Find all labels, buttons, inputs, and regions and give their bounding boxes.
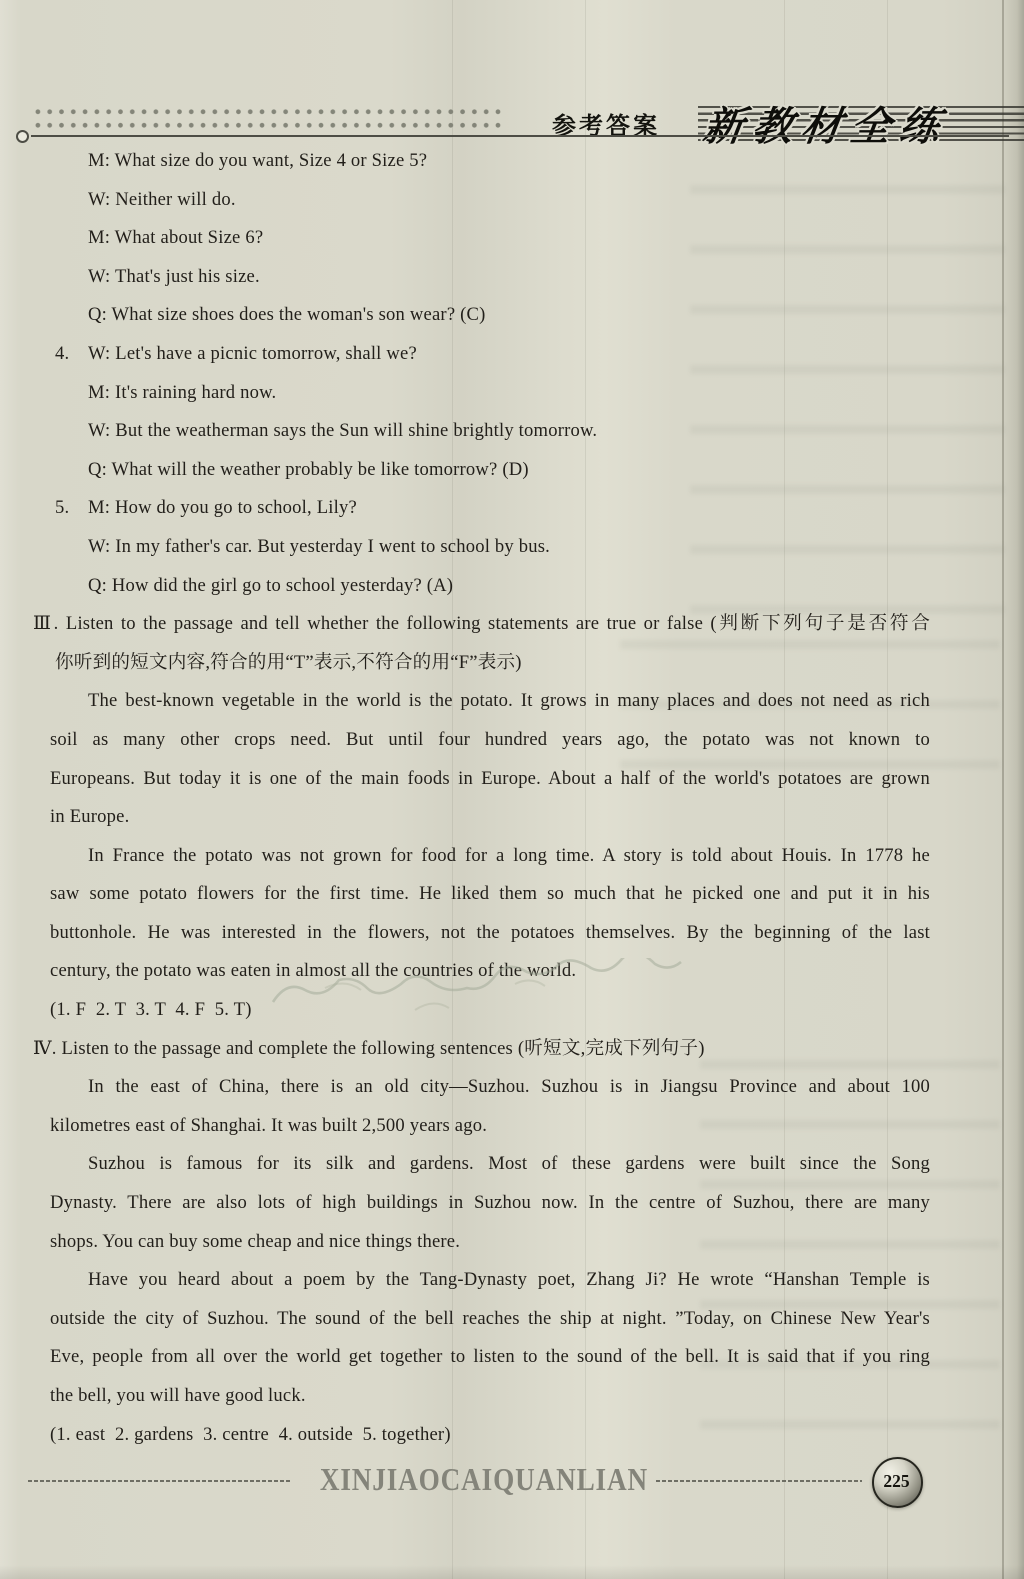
question-number: 5.	[55, 489, 88, 528]
dialog-line: W: That's just his size.	[30, 258, 930, 297]
passage-line: Suzhou is famous for its silk and garden…	[30, 1145, 930, 1184]
dialog-line: W: In my father's car. But yesterday I w…	[30, 528, 930, 567]
passage-line: Europeans. But today it is one of the ma…	[30, 760, 930, 799]
page-number: 225	[883, 1471, 909, 1492]
passage-line: in Europe.	[30, 798, 930, 837]
passage-line: The best-known vegetable in the world is…	[30, 682, 930, 721]
footer-rule-left	[28, 1480, 290, 1482]
dialog-line: W: But the weatherman says the Sun will …	[30, 412, 930, 451]
dialog-line: M: What about Size 6?	[30, 219, 930, 258]
passage-line: outside the city of Suzhou. The sound of…	[30, 1300, 930, 1339]
section4-heading: Ⅳ. Listen to the passage and complete th…	[30, 1030, 930, 1069]
dialog-line: M: It's raining hard now.	[30, 374, 930, 413]
passage-line: Eve, people from all over the world get …	[30, 1338, 930, 1377]
passage-line: buttonhole. He was interested in the flo…	[30, 914, 930, 953]
page-edge-line	[1002, 0, 1004, 1579]
section3-heading-cn: 你听到的短文内容,符合的用“T”表示,不符合的用“F”表示)	[30, 644, 930, 683]
passage-line: kilometres east of Shanghai. It was buil…	[30, 1107, 930, 1146]
dialog-line: 5.M: How do you go to school, Lily?	[30, 489, 930, 528]
header-rule-line	[31, 135, 1009, 137]
section3-heading: Ⅲ. Listen to the passage and tell whethe…	[30, 605, 930, 644]
passage-line: century, the potato was eaten in almost …	[30, 952, 930, 991]
dialog-line: 4.W: Let's have a picnic tomorrow, shall…	[30, 335, 930, 374]
footer-rule-right	[656, 1480, 862, 1482]
dialog-line-text: M: How do you go to school, Lily?	[88, 497, 357, 518]
dialog-line: W: Neither will do.	[30, 181, 930, 220]
footer-brand: XINJIAOCAIQUANLIAN	[320, 1461, 624, 1498]
passage-line: the bell, you will have good luck.	[30, 1377, 930, 1416]
passage-line: Have you heard about a poem by the Tang-…	[30, 1261, 930, 1300]
passage-line: Dynasty. There are also lots of high bui…	[30, 1184, 930, 1223]
section4-answers-line: (1. east 2. gardens 3. centre 4. outside…	[30, 1416, 930, 1455]
passage-line: shops. You can buy some cheap and nice t…	[30, 1223, 930, 1262]
scanned-answer-page: 参考答案 新教材全练 M: What size do you want, Siz…	[0, 0, 1024, 1579]
header-dotted-rule	[30, 103, 502, 130]
header-rule-ring	[16, 130, 29, 143]
passage-line: saw some potato flowers for the first ti…	[30, 875, 930, 914]
passage-line: In the east of China, there is an old ci…	[30, 1068, 930, 1107]
section3-answers-line: (1. F 2. T 3. T 4. F 5. T)	[30, 991, 930, 1030]
answer-text-block: M: What size do you want, Size 4 or Size…	[30, 142, 930, 1454]
passage-line: soil as many other crops need. But until…	[30, 721, 930, 760]
page-number-badge: 225	[872, 1457, 923, 1508]
dialog-line: M: What size do you want, Size 4 or Size…	[30, 142, 930, 181]
question-number: 4.	[55, 335, 88, 374]
dialog-line-text: W: Let's have a picnic tomorrow, shall w…	[88, 343, 417, 364]
passage-line: In France the potato was not grown for f…	[30, 837, 930, 876]
dialog-answer-line: Q: How did the girl go to school yesterd…	[30, 567, 930, 606]
dialog-answer-line: Q: What will the weather probably be lik…	[30, 451, 930, 490]
dialog-answer-line: Q: What size shoes does the woman's son …	[30, 296, 930, 335]
